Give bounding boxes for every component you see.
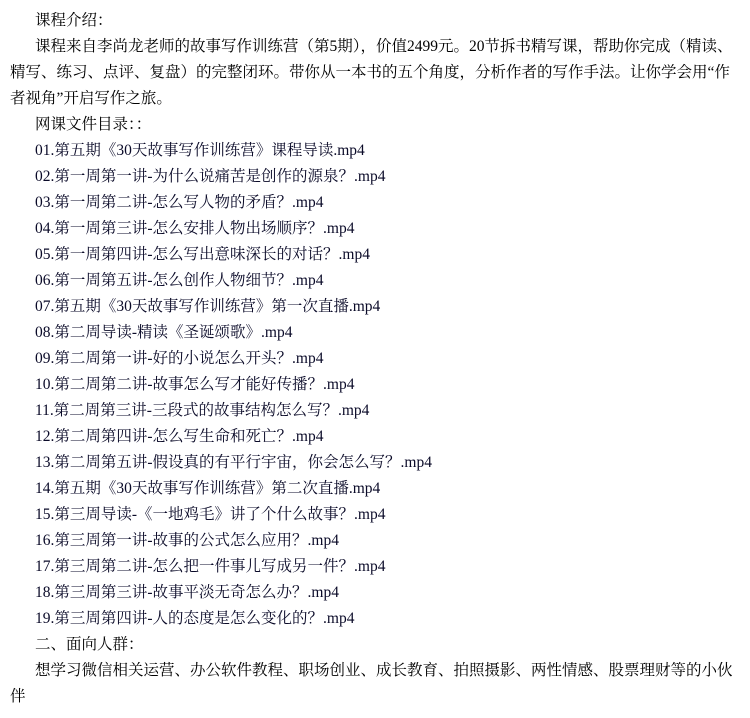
file-list-item: 04.第一周第三讲-怎么安排人物出场顺序？.mp4: [10, 216, 740, 242]
audience-paragraph: 想学习微信相关运营、办公软件教程、职场创业、成长教育、拍照摄影、两性情感、股票理…: [10, 658, 735, 710]
file-list-item: 13.第二周第五讲-假设真的有平行宇宙，你会怎么写？.mp4: [10, 450, 740, 476]
file-list-item: 15.第三周导读-《一地鸡毛》讲了个什么故事？.mp4: [10, 502, 740, 528]
file-list-item: 06.第一周第五讲-怎么创作人物细节？.mp4: [10, 268, 740, 294]
audience-heading: 二、面向人群：: [10, 632, 740, 658]
file-list-item: 01.第五期《30天故事写作训练营》课程导读.mp4: [10, 138, 740, 164]
file-list-item: 17.第三周第二讲-怎么把一件事儿写成另一件？.mp4: [10, 554, 740, 580]
file-list-item: 05.第一周第四讲-怎么写出意味深长的对话？.mp4: [10, 242, 740, 268]
file-list-item: 07.第五期《30天故事写作训练营》第一次直播.mp4: [10, 294, 740, 320]
file-list-item: 11.第二周第三讲-三段式的故事结构怎么写？.mp4: [10, 398, 740, 424]
file-list: 01.第五期《30天故事写作训练营》课程导读.mp4 02.第一周第一讲-为什么…: [10, 138, 740, 632]
file-list-item: 12.第二周第四讲-怎么写生命和死亡？.mp4: [10, 424, 740, 450]
file-list-item: 19.第三周第四讲-人的态度是怎么变化的？.mp4: [10, 606, 740, 632]
catalog-heading: 网课文件目录：：: [10, 112, 740, 138]
intro-heading: 课程介绍：: [10, 8, 740, 34]
file-list-item: 18.第三周第三讲-故事平淡无奇怎么办？.mp4: [10, 580, 740, 606]
file-list-item: 16.第三周第一讲-故事的公式怎么应用？.mp4: [10, 528, 740, 554]
course-document: 课程介绍： 课程来自李尚龙老师的故事写作训练营（第5期），价值2499元。20节…: [0, 0, 750, 710]
file-list-item: 09.第二周第一讲-好的小说怎么开头？.mp4: [10, 346, 740, 372]
file-list-item: 03.第一周第二讲-怎么写人物的矛盾？.mp4: [10, 190, 740, 216]
file-list-item: 08.第二周导读-精读《圣诞颂歌》.mp4: [10, 320, 740, 346]
file-list-item: 02.第一周第一讲-为什么说痛苦是创作的源泉？.mp4: [10, 164, 740, 190]
file-list-item: 10.第二周第二讲-故事怎么写才能好传播？.mp4: [10, 372, 740, 398]
intro-paragraph: 课程来自李尚龙老师的故事写作训练营（第5期），价值2499元。20节拆书精写课，…: [10, 34, 735, 112]
file-list-item: 14.第五期《30天故事写作训练营》第二次直播.mp4: [10, 476, 740, 502]
